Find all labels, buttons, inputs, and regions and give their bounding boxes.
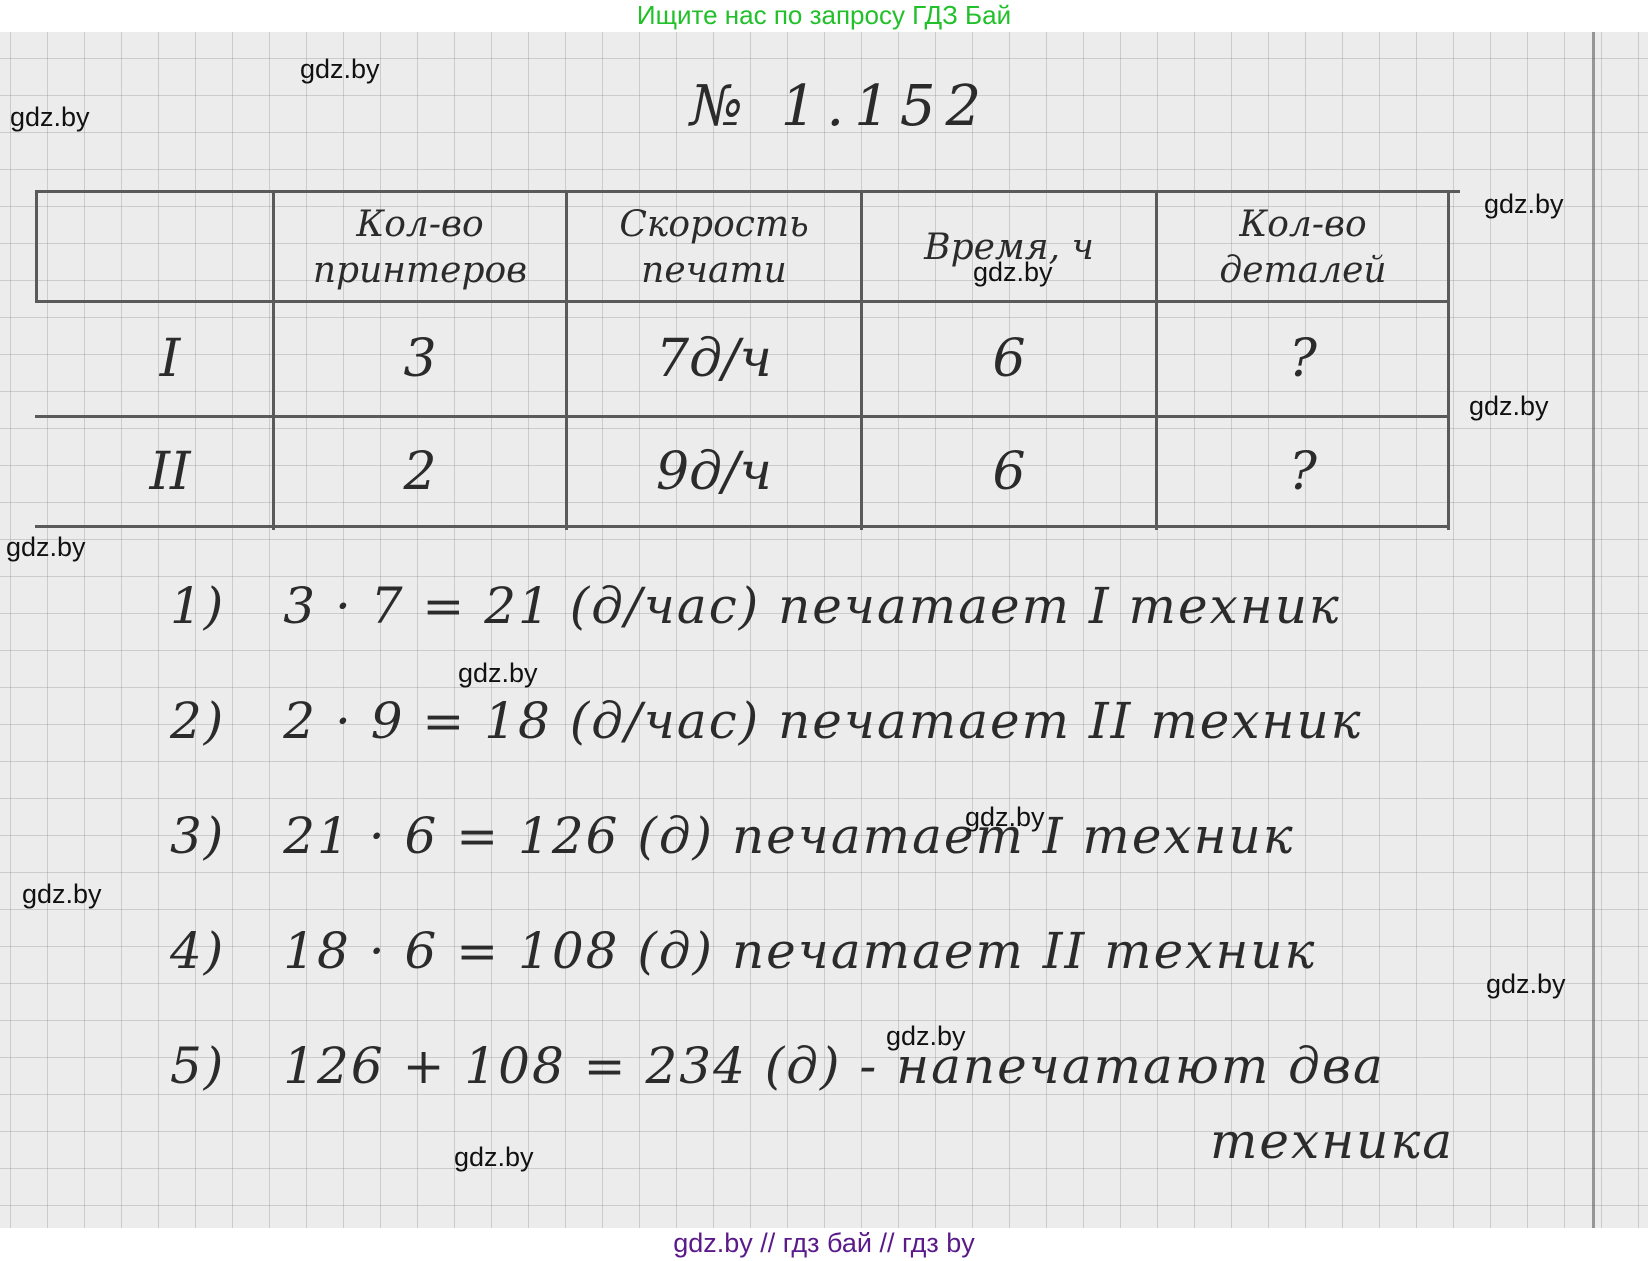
table-border-top	[35, 190, 1460, 193]
header-details: Кол-во деталей	[1158, 195, 1448, 300]
solution-step: 5) 126 + 108 = 234 (д) - напечатают два	[170, 1037, 1385, 1095]
solution-continuation: техника	[1210, 1112, 1454, 1170]
margin-line	[1592, 32, 1595, 1228]
step-text: 21 · 6 = 126 (д) печатает I техник	[283, 807, 1294, 865]
solution-step: 2) 2 · 9 = 18 (д/час) печатает II техник	[170, 692, 1363, 750]
top-banner: Ищите нас по запросу ГДЗ Бай	[0, 0, 1648, 32]
watermark: gdz.by	[886, 1021, 966, 1052]
step-text: 18 · 6 = 108 (д) печатает II техник	[283, 922, 1316, 980]
watermark: gdz.by	[22, 879, 102, 910]
table-border-bottom	[35, 525, 1450, 528]
cell-details: ?	[1158, 418, 1448, 525]
problem-number: № 1.152	[690, 74, 991, 139]
notebook-page: № 1.152 Кол-во принтеров Скорость печати…	[0, 32, 1648, 1228]
watermark: gdz.by	[458, 658, 538, 689]
watermark: gdz.by	[300, 54, 380, 85]
watermark: gdz.by	[973, 257, 1053, 288]
watermark: gdz.by	[965, 802, 1045, 833]
solution-step: 4) 18 · 6 = 108 (д) печатает II техник	[170, 922, 1316, 980]
cell-printers: 3	[275, 303, 565, 415]
cell-details: ?	[1158, 303, 1448, 415]
step-number: 3)	[170, 807, 225, 865]
step-number: 5)	[170, 1037, 225, 1095]
cell-time: 6	[863, 418, 1155, 525]
cell-speed: 9д/ч	[568, 418, 860, 525]
step-number: 1)	[170, 577, 225, 635]
step-number: 2)	[170, 692, 225, 750]
step-text: 2 · 9 = 18 (д/час) печатает II техник	[283, 692, 1362, 750]
cell-speed: 7д/ч	[568, 303, 860, 415]
watermark: gdz.by	[1469, 391, 1549, 422]
watermark: gdz.by	[454, 1142, 534, 1173]
step-text: 126 + 108 = 234 (д) - напечатают два	[283, 1037, 1385, 1095]
step-number: 4)	[170, 922, 225, 980]
watermark: gdz.by	[10, 102, 90, 133]
row-label: II	[75, 418, 265, 525]
data-table: Кол-во принтеров Скорость печати Время, …	[35, 190, 1460, 572]
solution-step: 1) 3 · 7 = 21 (д/час) печатает I техник	[170, 577, 1341, 635]
row-label: I	[75, 303, 265, 415]
table-divider	[35, 190, 38, 300]
cell-time: 6	[863, 303, 1155, 415]
footer-links: gdz.by // гдз бай // гдз by	[0, 1228, 1648, 1261]
watermark: gdz.by	[1484, 189, 1564, 220]
watermark: gdz.by	[1486, 969, 1566, 1000]
cell-printers: 2	[275, 418, 565, 525]
header-printers: Кол-во принтеров	[275, 195, 565, 300]
watermark: gdz.by	[6, 532, 86, 563]
step-text: 3 · 7 = 21 (д/час) печатает I техник	[283, 577, 1341, 635]
header-speed: Скорость печати	[568, 195, 860, 300]
solution-step: 3) 21 · 6 = 126 (д) печатает I техник	[170, 807, 1295, 865]
